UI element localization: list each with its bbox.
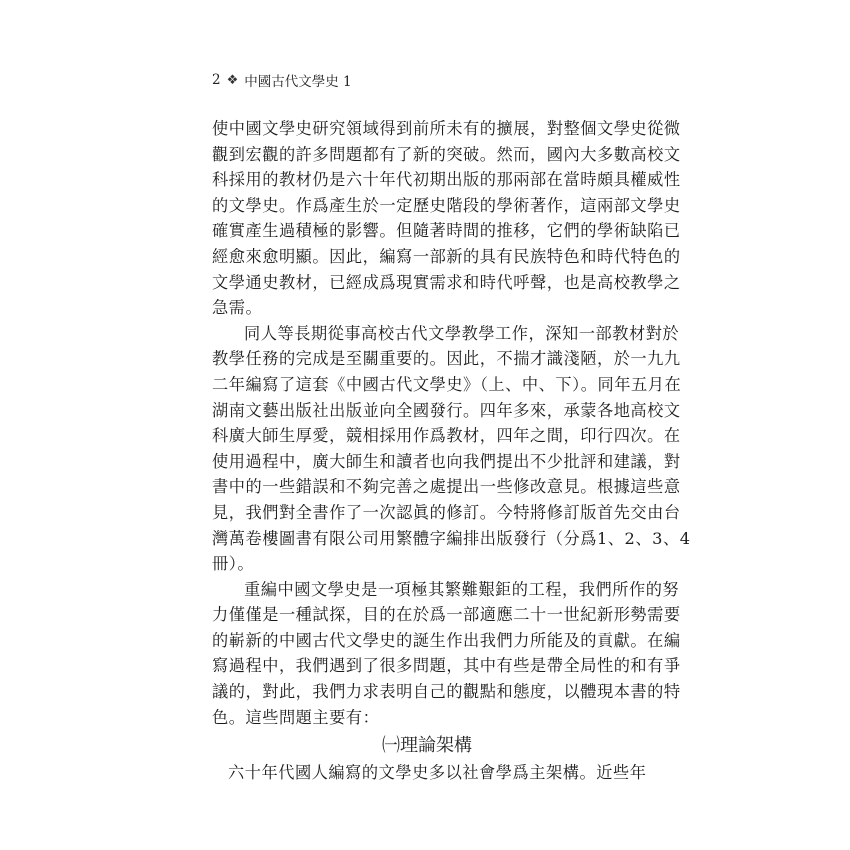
text-line: 使中國文學史研究領域得到前所未有的擴展，對整個文學史從微: [212, 116, 642, 142]
text-line: 寫過程中，我們遇到了很多問題，其中有些是帶全局性的和有爭: [212, 653, 642, 679]
text-line: 力僅僅是一種試探，目的在於爲一部適應二十一世紀新形勢需要: [212, 602, 642, 628]
paragraph-1: 使中國文學史研究領域得到前所未有的擴展，對整個文學史從微 觀到宏觀的許多問題都有…: [212, 116, 642, 321]
text-line: 經愈來愈明顯。因此，編寫一部新的具有民族特色和時代特色的: [212, 244, 642, 270]
text-line: 議的，對此，我們力求表明自己的觀點和態度，以體現本書的特: [212, 679, 642, 705]
body-text: 使中國文學史研究領域得到前所未有的擴展，對整個文學史從微 觀到宏觀的許多問題都有…: [212, 116, 642, 730]
text-line: 的嶄新的中國古代文學史的誕生作出我們力所能及的貢獻。在編: [212, 628, 642, 654]
text-line: 文學通史教材，已經成爲現實需求和時代呼聲，也是高校教學之: [212, 270, 642, 296]
text-line: 書中的一些錯誤和不夠完善之處提出一些修改意見。根據這些意: [212, 474, 642, 500]
text-line: 急需。: [212, 295, 642, 321]
text-line: 使用過程中，廣大師生和讀者也向我們提出不少批評和建議，對: [212, 449, 642, 475]
section-heading: ㈠理論架構: [212, 733, 642, 759]
text-line: 觀到宏觀的許多問題都有了新的突破。然而，國內大多數高校文: [212, 142, 642, 168]
text-line: 色。這些問題主要有：: [212, 705, 642, 731]
text-line: 確實產生過積極的影響。但隨著時間的推移，它們的學術缺陷已: [212, 218, 642, 244]
text-line: 科採用的教材仍是六十年代初期出版的那兩部在當時頗具權威性: [212, 167, 642, 193]
text-line: 二年編寫了這套《中國古代文學史》（上、中、下）。同年五月在: [212, 372, 642, 398]
text-line: 六十年代國人編寫的文學史多以社會學爲主架構。近些年: [212, 760, 642, 786]
running-head: 2 ❖ 中國古代文學史 1: [212, 70, 352, 90]
text-line: 重編中國文學史是一項極其繁難艱鉅的工程，我們所作的努: [212, 577, 642, 603]
text-line: 同人等長期從事高校古代文學教學工作，深知一部教材對於: [212, 321, 642, 347]
ornament-icon: ❖: [227, 73, 239, 88]
running-title: 中國古代文學史 1: [244, 70, 351, 90]
text-line: 教學任務的完成是至關重要的。因此，不揣才識淺陋，於一九九: [212, 346, 642, 372]
text-line: 湖南文藝出版社出版並向全國發行。四年多來，承蒙各地高校文: [212, 398, 642, 424]
section-body: 六十年代國人編寫的文學史多以社會學爲主架構。近些年: [212, 760, 642, 786]
book-page: 2 ❖ 中國古代文學史 1 使中國文學史研究領域得到前所未有的擴展，對整個文學史…: [0, 0, 850, 850]
text-line: 冊）。: [212, 551, 642, 577]
text-line: 的文學史。作爲產生於一定歷史階段的學術著作，這兩部文學史: [212, 193, 642, 219]
page-number: 2: [212, 72, 221, 88]
paragraph-3: 重編中國文學史是一項極其繁難艱鉅的工程，我們所作的努 力僅僅是一種試探，目的在於…: [212, 577, 642, 731]
text-line: 見，我們對全書作了一次認眞的修訂。今特將修訂版首先交由台: [212, 500, 642, 526]
paragraph-2: 同人等長期從事高校古代文學教學工作，深知一部教材對於 教學任務的完成是至關重要的…: [212, 321, 642, 577]
text-line: 灣萬卷樓圖書有限公司用繁體字編排出版發行（分爲1、2、3、4: [212, 526, 642, 552]
text-line: 科廣大師生厚愛，競相採用作爲教材，四年之間，印行四次。在: [212, 423, 642, 449]
